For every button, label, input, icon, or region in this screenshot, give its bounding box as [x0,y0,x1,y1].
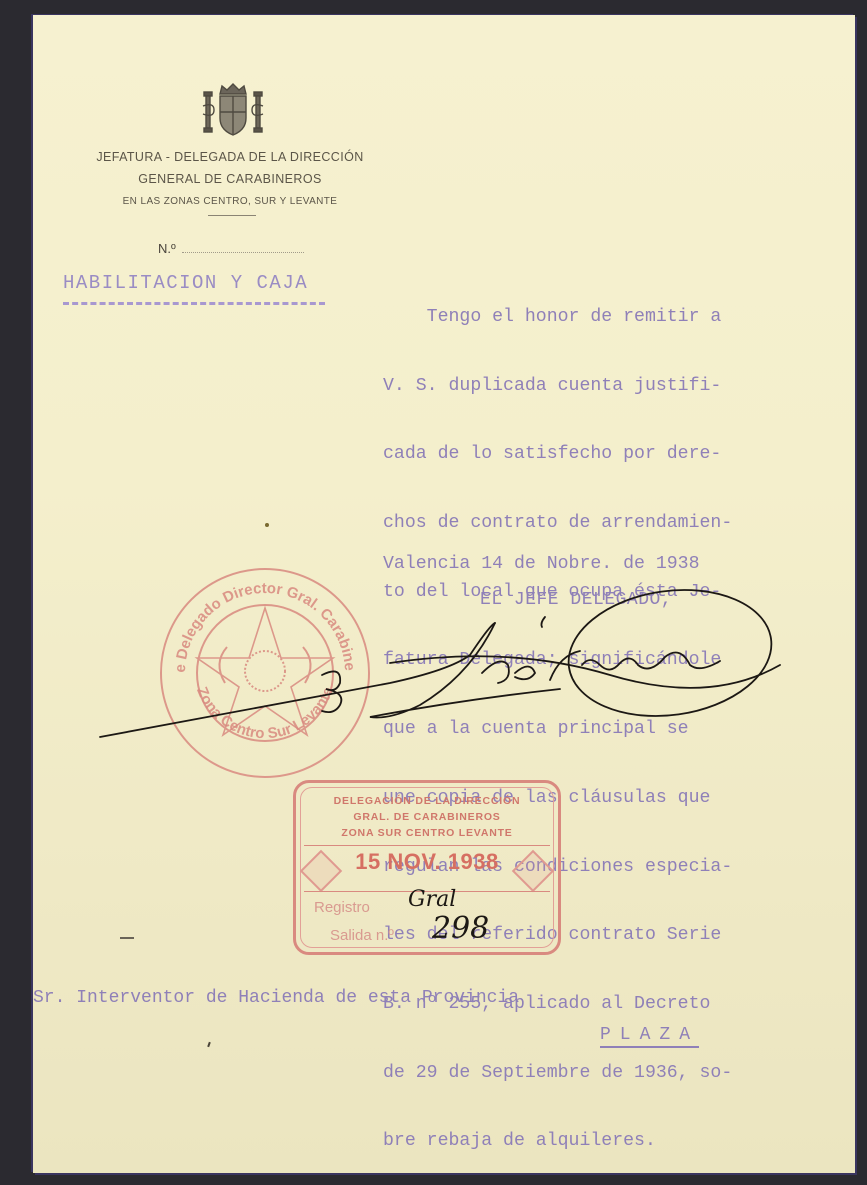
registry-stamp-line-3: ZONA SUR CENTRO LEVANTE [296,827,558,839]
salida-number: 298 [432,911,489,946]
registro-label: Registro [314,899,370,916]
registro-value: Gral [408,887,456,912]
handwritten-signature [90,565,790,755]
body-line: cada de lo satisfecho por dere- [383,443,732,466]
section-title: HABILITACION Y CAJA [63,272,308,294]
section-underline [63,302,325,305]
reference-number-label: N.º [158,241,176,256]
body-line: V. S. duplicada cuenta justifi- [383,375,732,398]
letterhead-divider [208,215,256,216]
letterhead-line-3: EN LAS ZONAS CENTRO, SUR Y LEVANTE [60,196,400,207]
addressee-line: Sr. Interventor de Hacienda de esta Prov… [33,988,519,1008]
registry-stamp: DELEGACIÓN DE LA DIRECCIÓN GRAL. DE CARA… [293,780,561,955]
registry-stamp-line-1: DELEGACIÓN DE LA DIRECCIÓN [296,795,558,807]
registry-stamp-divider [304,845,550,846]
registry-stamp-date: 15 NOV. 1938 [296,849,558,875]
salida-label: Salida n.º [330,927,394,944]
letterhead-line-1: JEFATURA - DELEGADA DE LA DIRECCIÓN [60,150,400,164]
letterhead-line-2: GENERAL DE CARABINEROS [60,172,400,186]
body-line: chos de contrato de arrendamien- [383,512,732,535]
addressee-city: PLAZA [600,1025,699,1048]
reference-number-field [182,252,304,253]
body-line: bre rebaja de alquileres. [383,1130,732,1153]
margin-mark [120,937,134,939]
registry-stamp-line-2: GRAL. DE CARABINEROS [296,811,558,823]
body-line: Tengo el honor de remitir a [383,306,732,329]
paper-spot [265,523,269,527]
body-line: de 29 de Septiembre de 1936, so- [383,1062,732,1085]
coat-of-arms-icon [200,80,266,138]
